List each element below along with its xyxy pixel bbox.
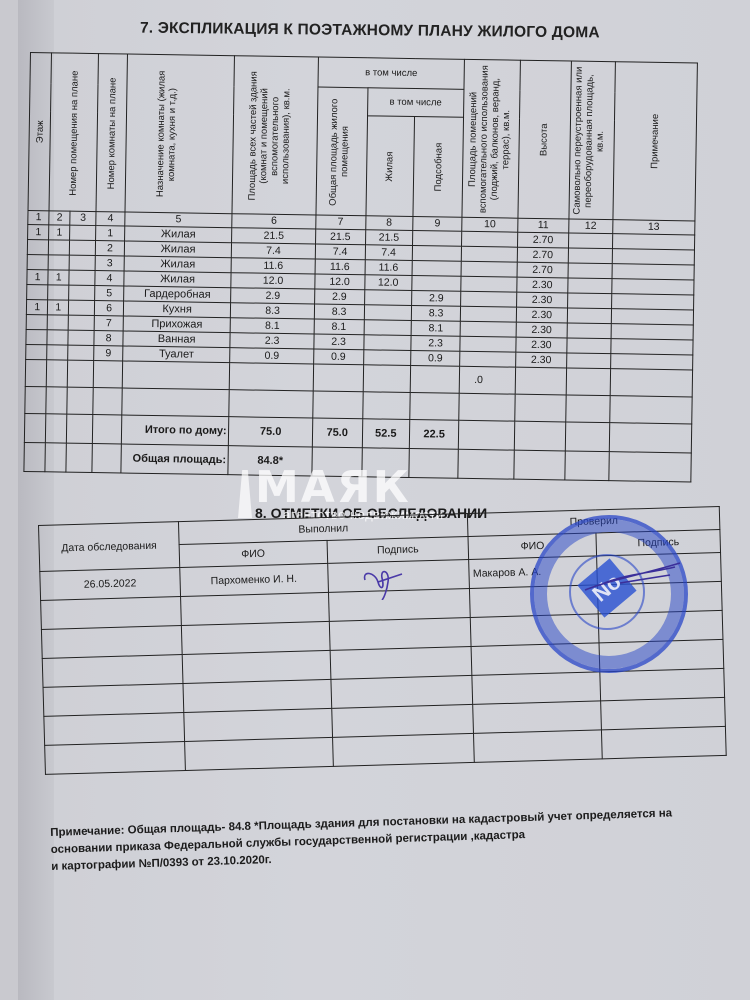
cell-total-area: 0.9 bbox=[313, 349, 363, 365]
cell-aux-area: 2.9 bbox=[412, 291, 461, 307]
cell-note bbox=[611, 309, 693, 325]
cell-floor: 1 bbox=[26, 299, 48, 314]
cell-total-area: 12.0 bbox=[315, 274, 365, 290]
cell-blank bbox=[69, 285, 95, 300]
header-note: Примечание bbox=[613, 62, 698, 221]
cell-unauthorized bbox=[568, 278, 612, 294]
cell-height: 2.70 bbox=[517, 232, 568, 248]
header-incl-1: в том числе bbox=[318, 57, 465, 89]
cell-aux-area bbox=[413, 231, 462, 247]
cell-room-name: Ванная bbox=[123, 331, 231, 348]
cell-premise bbox=[47, 345, 68, 360]
header-height: Высота bbox=[518, 60, 571, 219]
header-area-all: Площадь всех частей здания (комнат и пом… bbox=[232, 56, 318, 215]
cell-area: 2.9 bbox=[231, 288, 315, 304]
cell-note bbox=[611, 294, 693, 310]
checker-signature-icon bbox=[580, 555, 690, 595]
cell-height: 2.70 bbox=[517, 262, 568, 278]
cell-aux-area: 8.1 bbox=[411, 321, 460, 337]
cell-aux-area: 8.3 bbox=[411, 306, 460, 322]
cell-note bbox=[611, 324, 693, 340]
cell-total-area: 21.5 bbox=[315, 229, 365, 245]
cell-floor: 1 bbox=[27, 269, 49, 284]
overall-area-label: Общая площадь: bbox=[121, 444, 229, 475]
cell-premise: 1 bbox=[48, 300, 69, 315]
cell-premise bbox=[47, 330, 68, 345]
cell-living-area bbox=[364, 290, 412, 306]
col-num: 2 bbox=[49, 211, 70, 225]
cell-room-name: Гардеробная bbox=[123, 286, 231, 303]
cell-height: 2.30 bbox=[517, 277, 568, 293]
cell-room: 9 bbox=[94, 346, 123, 361]
performer-name: Пархоменко И. Н. bbox=[180, 563, 329, 596]
cell-room: 1 bbox=[96, 226, 125, 241]
cell-unauthorized bbox=[568, 233, 612, 249]
col-num: 13 bbox=[612, 220, 694, 235]
cell-room-name: Жилая bbox=[124, 271, 232, 288]
header-room-no: Номер комнаты на плане bbox=[96, 54, 127, 212]
header-floor: Этаж bbox=[28, 53, 52, 211]
cell-unauthorized bbox=[568, 248, 612, 264]
cell-area: 0.9 bbox=[230, 348, 314, 364]
cell-premise: 1 bbox=[48, 270, 69, 285]
col-num: 9 bbox=[413, 217, 462, 232]
cell-area: 2.3 bbox=[230, 333, 314, 349]
cell-height: 2.30 bbox=[516, 322, 567, 338]
cell-aux-use-area bbox=[461, 261, 517, 277]
cell-room-name: Туалет bbox=[122, 346, 230, 363]
cell-premise bbox=[48, 255, 69, 270]
cell-premise bbox=[48, 285, 69, 300]
cell-aux-use-area bbox=[462, 231, 518, 247]
cell-floor: 1 bbox=[28, 224, 50, 239]
cell-premise bbox=[49, 240, 70, 255]
col-num: 4 bbox=[96, 212, 125, 226]
cell-aux-use-area bbox=[460, 321, 516, 337]
cell-unauthorized bbox=[567, 323, 611, 339]
cell-living-area bbox=[363, 350, 411, 366]
cell-room: 7 bbox=[94, 316, 123, 331]
cell-floor bbox=[27, 239, 49, 254]
cell-note bbox=[612, 249, 694, 265]
cell-aux-area bbox=[412, 276, 461, 292]
cell-total-area: 8.3 bbox=[314, 304, 364, 320]
cell-total-area: 2.3 bbox=[314, 334, 364, 350]
totals-area: 75.0 bbox=[229, 417, 313, 447]
cell-blank bbox=[69, 240, 95, 255]
header-total-living-area: Общая площадь жилого помещения bbox=[316, 87, 368, 216]
cell-living-area bbox=[363, 335, 411, 351]
cell-area: 8.3 bbox=[231, 303, 315, 319]
cell-aux-use-area bbox=[461, 276, 517, 292]
cell-floor bbox=[26, 344, 48, 359]
cell-total-area: 2.9 bbox=[314, 289, 364, 305]
cell-unauthorized bbox=[568, 263, 612, 279]
header-purpose: Назначение комнаты (жилая комната, кухня… bbox=[125, 54, 235, 214]
cell-area: 7.4 bbox=[232, 243, 316, 259]
cell-floor bbox=[27, 254, 49, 269]
performer-signature-icon bbox=[360, 560, 410, 600]
cell-aux-area bbox=[412, 246, 461, 262]
cell-unauthorized bbox=[567, 308, 611, 324]
col-num: 8 bbox=[365, 216, 413, 231]
header-unauthorized: Самовольно переустроенная или переоборуд… bbox=[569, 61, 615, 220]
cell-aux-use-area bbox=[460, 351, 516, 367]
cell-room-name: Кухня bbox=[123, 301, 231, 318]
cell-room-name: Прихожая bbox=[123, 316, 231, 333]
cell-total-area: 7.4 bbox=[315, 244, 365, 260]
cell-room: 3 bbox=[95, 256, 124, 271]
explication-table: Этаж Номер помещения на плане Номер комн… bbox=[23, 52, 698, 482]
cell-floor bbox=[26, 314, 48, 329]
cell-blank bbox=[69, 255, 95, 270]
cell-unauthorized bbox=[567, 293, 611, 309]
cell-area: 12.0 bbox=[231, 273, 315, 289]
cell-aux-area: 0.9 bbox=[411, 351, 460, 367]
cell-height: 2.30 bbox=[516, 352, 567, 368]
cell-note bbox=[612, 279, 694, 295]
cell-living-area: 21.5 bbox=[365, 230, 413, 246]
cell-height: 2.70 bbox=[517, 247, 568, 263]
cell-aux-area: 2.3 bbox=[411, 336, 460, 352]
col-num: 11 bbox=[518, 218, 569, 233]
cell-premise: 1 bbox=[49, 225, 70, 240]
cell-room: 6 bbox=[95, 301, 124, 316]
cell-room-name: Жилая bbox=[124, 256, 232, 273]
aux-use-cell: .0 bbox=[459, 366, 515, 394]
cell-total-area: 8.1 bbox=[314, 319, 364, 335]
header-premise-no: Номер помещения на плане bbox=[49, 53, 98, 212]
cell-aux-use-area bbox=[461, 291, 517, 307]
col-num: 6 bbox=[232, 214, 316, 229]
header-living: Жилая bbox=[365, 116, 414, 217]
cell-blank bbox=[70, 225, 96, 240]
header-incl-2: в том числе bbox=[367, 88, 464, 118]
header-aux-use-area: Площадь помещений вспомогательного испол… bbox=[462, 59, 520, 218]
cell-floor bbox=[27, 284, 49, 299]
cell-room: 8 bbox=[94, 331, 123, 346]
totals-aux: 22.5 bbox=[409, 420, 459, 450]
col-num: 12 bbox=[569, 219, 613, 234]
cell-unauthorized bbox=[567, 338, 611, 354]
header-inspection-date: Дата обследования bbox=[39, 522, 180, 572]
cell-blank bbox=[69, 270, 95, 285]
cell-total-area: 11.6 bbox=[315, 259, 365, 275]
cell-living-area: 11.6 bbox=[365, 260, 413, 276]
cell-room-name: Жилая bbox=[124, 241, 232, 258]
header-auxiliary: Подсобная bbox=[413, 117, 464, 218]
cell-living-area: 12.0 bbox=[364, 275, 412, 291]
cell-height: 2.30 bbox=[516, 292, 567, 308]
cell-blank bbox=[68, 315, 94, 330]
cell-aux-use-area bbox=[461, 306, 517, 322]
cell-room: 5 bbox=[95, 286, 124, 301]
cell-living-area: 7.4 bbox=[365, 245, 413, 261]
cell-living-area bbox=[364, 305, 412, 321]
cell-area: 21.5 bbox=[232, 228, 316, 244]
cell-room-name: Жилая bbox=[124, 226, 232, 243]
cell-room: 4 bbox=[95, 271, 124, 286]
cell-height: 2.30 bbox=[516, 337, 567, 353]
totals-living: 52.5 bbox=[362, 419, 410, 449]
cell-blank bbox=[69, 300, 95, 315]
cell-area: 11.6 bbox=[232, 258, 316, 274]
cell-note bbox=[610, 354, 692, 370]
cell-unauthorized bbox=[566, 353, 610, 369]
cell-living-area bbox=[364, 320, 412, 336]
cell-floor bbox=[26, 329, 48, 344]
totals-total: 75.0 bbox=[312, 418, 362, 448]
cell-aux-use-area bbox=[462, 246, 518, 262]
totals-label: Итого по дому: bbox=[121, 415, 229, 446]
cell-area: 8.1 bbox=[231, 318, 315, 334]
cell-premise bbox=[47, 315, 68, 330]
cell-note bbox=[612, 234, 694, 250]
cell-room: 2 bbox=[96, 241, 125, 256]
cell-note bbox=[612, 264, 694, 280]
col-num: 7 bbox=[316, 215, 366, 230]
cell-note bbox=[611, 339, 693, 355]
col-num: 3 bbox=[70, 211, 96, 225]
inspection-date: 26.05.2022 bbox=[40, 568, 181, 601]
col-num: 1 bbox=[28, 210, 50, 224]
cell-aux-area bbox=[412, 261, 461, 277]
cell-blank bbox=[68, 345, 94, 360]
cell-height: 2.30 bbox=[516, 307, 567, 323]
col-num: 10 bbox=[462, 217, 518, 232]
cell-blank bbox=[68, 330, 94, 345]
cell-aux-use-area bbox=[460, 336, 516, 352]
